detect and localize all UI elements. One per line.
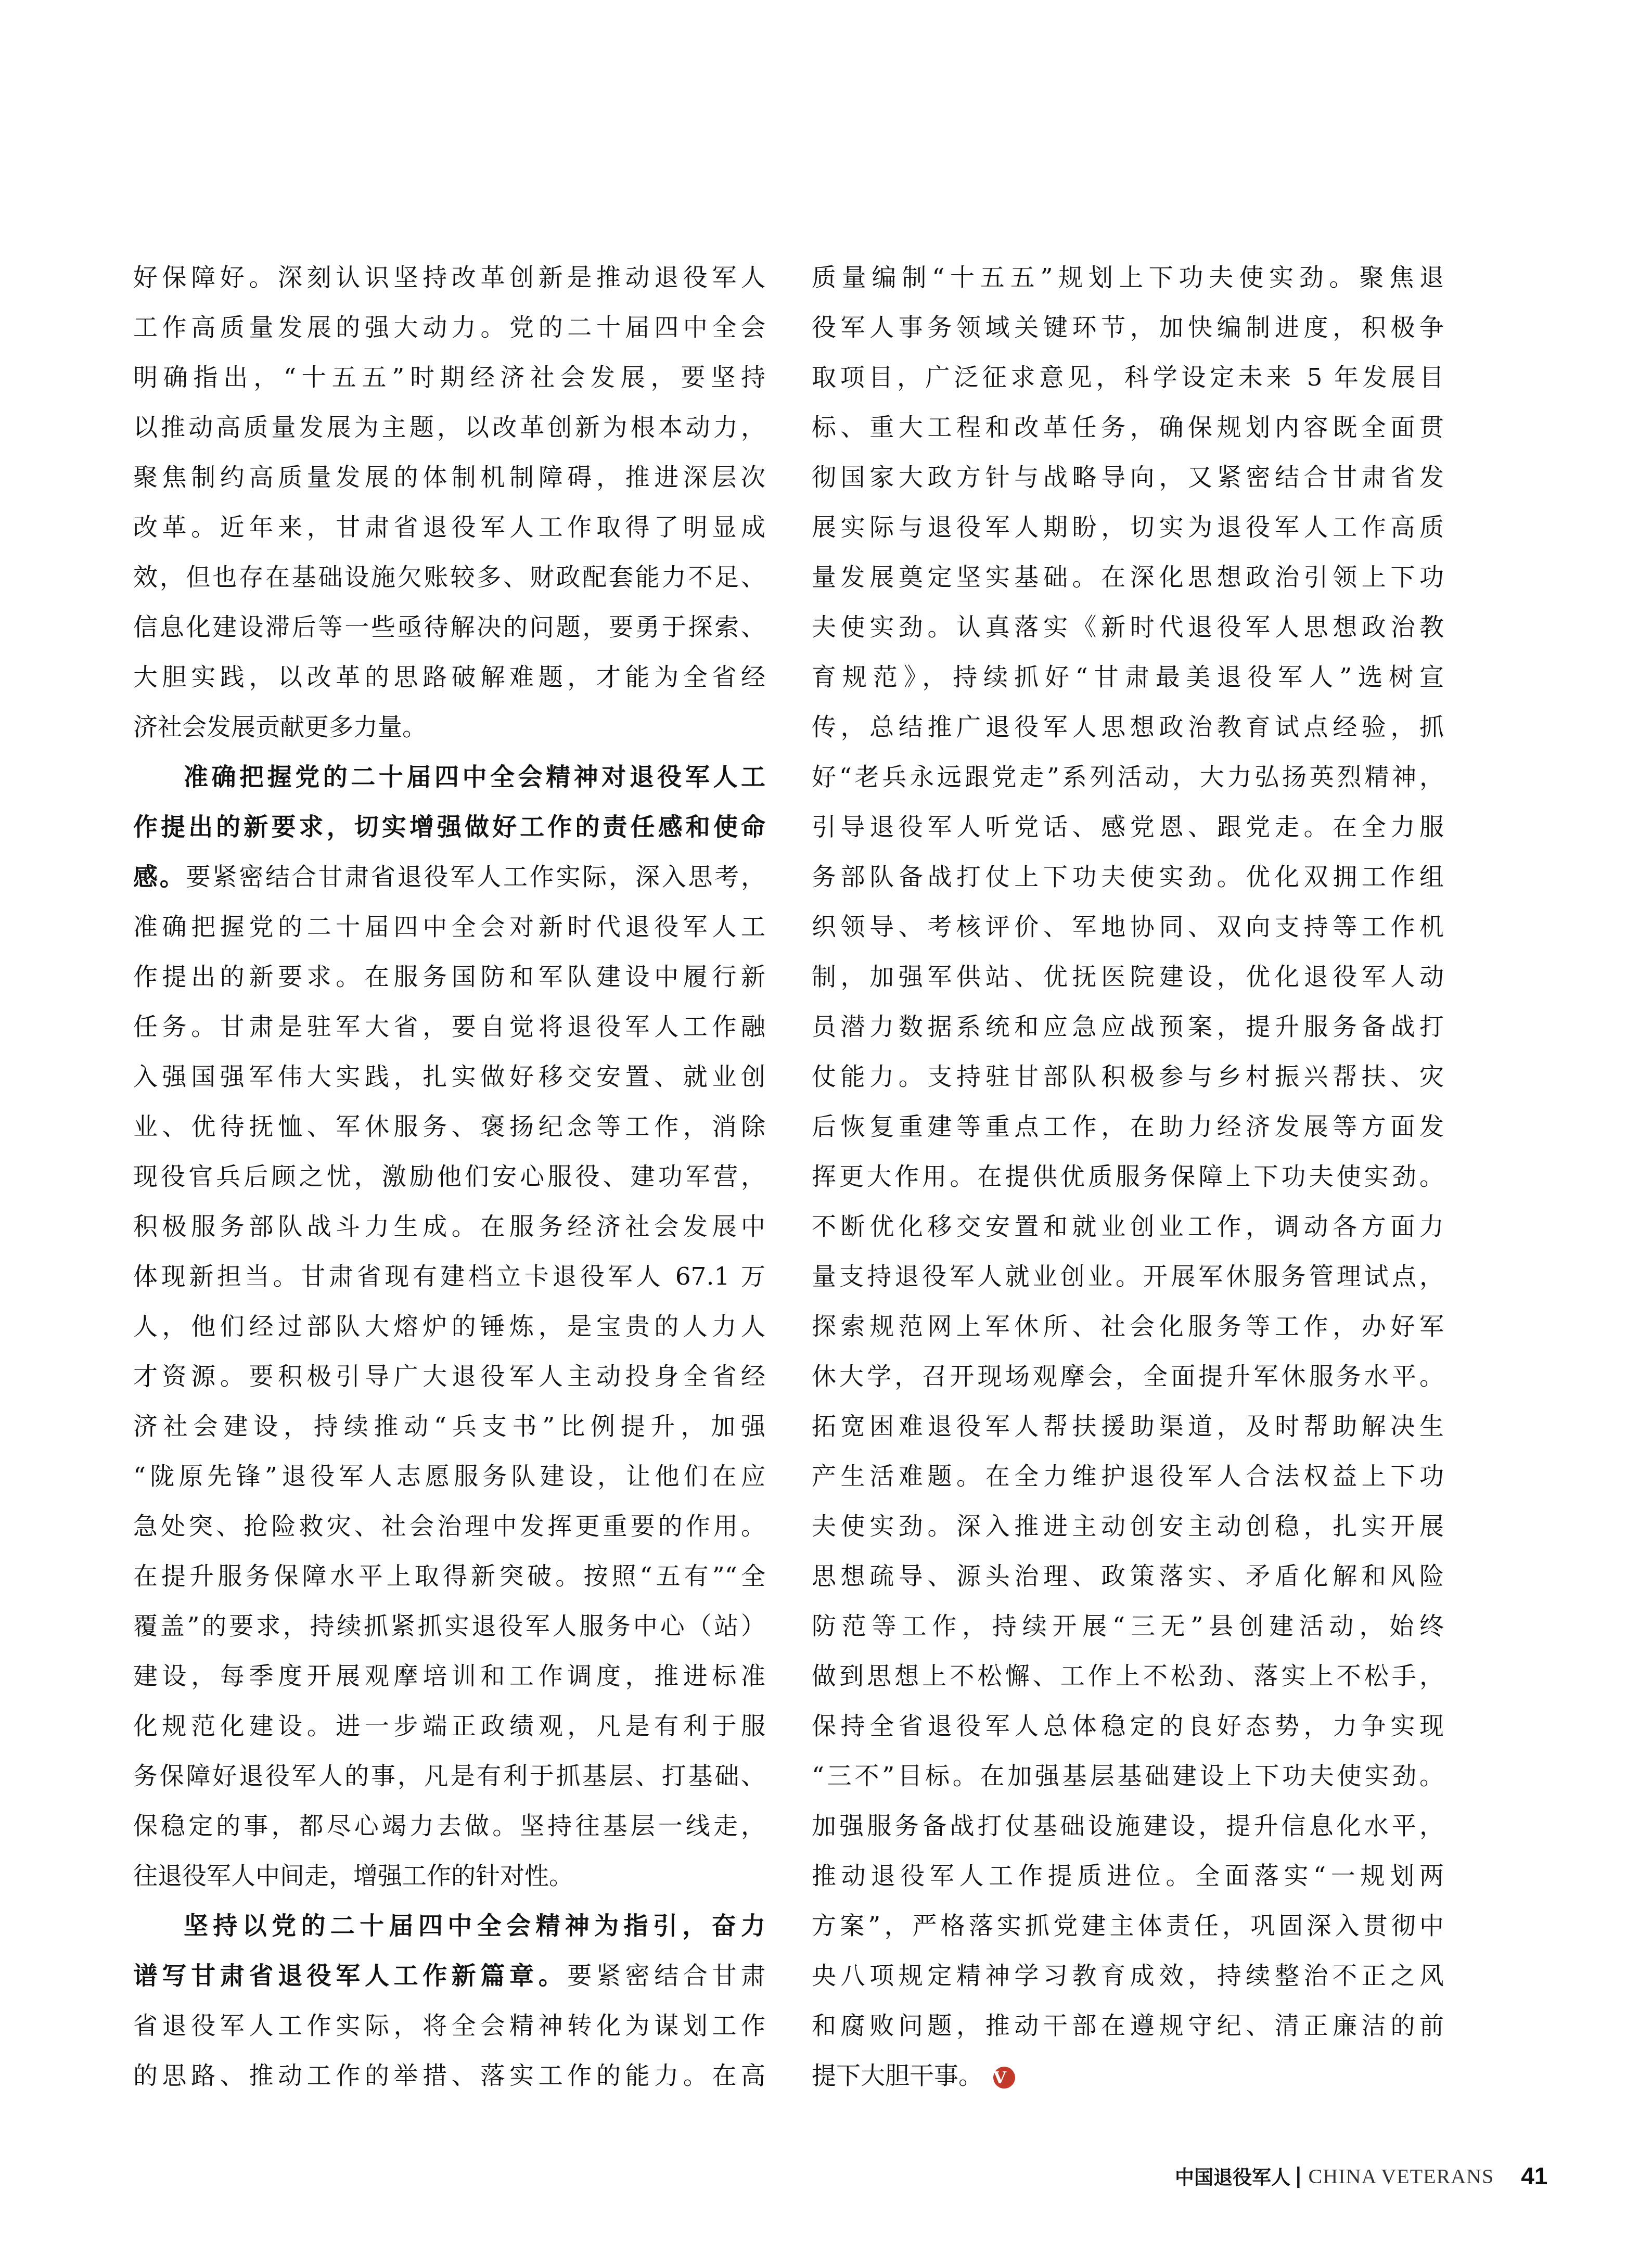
text-line: 提下大胆干事。V [812, 2057, 1444, 2107]
section-heading-text: 感。 [133, 863, 186, 891]
body-text: 传，总结推广退役军人思想政治教育试点经验，抓 [812, 713, 1444, 741]
text-line: 思想疏导、源头治理、政策落实、矛盾化解和风险 [812, 1558, 1444, 1608]
text-line: 休大学，召开现场观摩会，全面提升军休服务水平。 [812, 1358, 1444, 1408]
body-text: 引导退役军人听党话、感党恩、跟党走。在全力服 [812, 813, 1444, 841]
body-text: 信息化建设滞后等一些亟待解决的问题，要勇于探索、 [133, 613, 765, 642]
text-line: 急处突、抢险救灾、社会治理中发挥更重要的作用。 [133, 1508, 765, 1558]
text-line: 准确把握党的二十届四中全会对新时代退役军人工 [133, 908, 765, 958]
body-text: 不断优化移交安置和就业创业工作，调动各方面力 [812, 1212, 1444, 1241]
text-line: 量支持退役军人就业创业。开展军休服务管理试点， [812, 1258, 1444, 1308]
body-text: 大胆实践，以改革的思路破解难题，才能为全省经 [133, 663, 765, 691]
body-text: 济社会建设，持续推动“兵支书”比例提升，加强 [133, 1412, 765, 1441]
text-line: 仗能力。支持驻甘部队积极参与乡村振兴帮扶、灾 [812, 1058, 1444, 1108]
text-line: 以推动高质量发展为主题，以改革创新为根本动力， [133, 409, 765, 459]
body-text: 取项目，广泛征求意见，科学设定未来 5 年发展目 [812, 363, 1444, 392]
body-text: 准确把握党的二十届四中全会对新时代退役军人工 [133, 913, 765, 941]
body-text: 在提升服务保障水平上取得新突破。按照“五有”“全 [133, 1562, 765, 1591]
text-line: 在提升服务保障水平上取得新突破。按照“五有”“全 [133, 1558, 765, 1608]
text-line: 现役官兵后顾之忧，激励他们安心服役、建功军营， [133, 1158, 765, 1208]
body-text: 役军人事务领域关键环节，加快编制进度，积极争 [812, 313, 1444, 342]
body-text: 防范等工作，持续开展“三无”县创建活动，始终 [812, 1612, 1444, 1641]
page-footer: 中国退役军人 | CHINA VETERANS 41 [1175, 2160, 1547, 2192]
section-heading-text: 准确把握党的二十届四中全会精神对退役军人工 [184, 763, 765, 791]
text-line: 济社会建设，持续推动“兵支书”比例提升，加强 [133, 1408, 765, 1458]
body-text: 才资源。要积极引导广大退役军人主动投身全省经 [133, 1362, 765, 1391]
text-line: 彻国家大政方针与战略导向，又紧密结合甘肃省发 [812, 459, 1444, 509]
footer-separator: | [1295, 2164, 1302, 2188]
text-line: 好保障好。深刻认识坚持改革创新是推动退役军人 [133, 259, 765, 309]
text-line: 央八项规定精神学习教育成效，持续整治不正之风 [812, 1957, 1444, 2007]
body-text: “陇原先锋”退役军人志愿服务队建设，让他们在应 [133, 1462, 765, 1491]
body-text: 积极服务部队战斗力生成。在服务经济社会发展中 [133, 1212, 765, 1241]
body-text: 的思路、推动工作的举措、落实工作的能力。在高 [133, 2061, 765, 2090]
body-text: 业、优待抚恤、军休服务、褒扬纪念等工作，消除 [133, 1112, 765, 1141]
text-line: 夫使实劲。认真落实《新时代退役军人思想政治教 [812, 609, 1444, 659]
text-line: 和腐败问题，推动干部在遵规守纪、清正廉洁的前 [812, 2007, 1444, 2057]
text-line: 业、优待抚恤、军休服务、褒扬纪念等工作，消除 [133, 1108, 765, 1158]
text-line: 坚持以党的二十届四中全会精神为指引，奋力 [133, 1907, 765, 1957]
body-text: 保持全省退役军人总体稳定的良好态势，力争实现 [812, 1712, 1444, 1740]
magazine-name-en: CHINA VETERANS [1309, 2164, 1494, 2188]
text-line: 改革。近年来，甘肃省退役军人工作取得了明显成 [133, 509, 765, 559]
article-column-right: 质量编制“十五五”规划上下功夫使实劲。聚焦退役军人事务领域关键环节，加快编制进度… [812, 259, 1444, 2107]
text-line: 往退役军人中间走，增强工作的针对性。 [133, 1857, 765, 1907]
text-line: 覆盖”的要求，持续抓紧抓实退役军人服务中心（站） [133, 1608, 765, 1658]
text-line: 体现新担当。甘肃省现有建档立卡退役军人 67.1 万 [133, 1258, 765, 1308]
section-heading-text: 谱写甘肃省退役军人工作新篇章。 [133, 1962, 567, 1990]
text-line: 作提出的新要求。在服务国防和军队建设中履行新 [133, 958, 765, 1008]
body-text: 明确指出，“十五五”时期经济社会发展，要坚持 [133, 363, 765, 392]
text-line: 夫使实劲。深入推进主动创安主动创稳，扎实开展 [812, 1508, 1444, 1558]
body-text: 量支持退役军人就业创业。开展军休服务管理试点， [812, 1262, 1444, 1291]
text-line: 工作高质量发展的强大动力。党的二十届四中全会 [133, 309, 765, 359]
text-line: 谱写甘肃省退役军人工作新篇章。要紧密结合甘肃 [133, 1957, 765, 2007]
body-text: 展实际与退役军人期盼，切实为退役军人工作高质 [812, 513, 1444, 542]
body-text: 拓宽困难退役军人帮扶援助渠道，及时帮助解决生 [812, 1412, 1444, 1441]
text-line: 标、重大工程和改革任务，确保规划内容既全面贯 [812, 409, 1444, 459]
body-text: 好“老兵永远跟党走”系列活动，大力弘扬英烈精神， [812, 763, 1444, 791]
body-text: 往退役军人中间走，增强工作的针对性。 [133, 1862, 573, 1890]
body-text: 标、重大工程和改革任务，确保规划内容既全面贯 [812, 413, 1444, 442]
text-line: 方案”，严格落实抓党建主体责任，巩固深入贯彻中 [812, 1907, 1444, 1957]
body-text: 要紧密结合甘肃省退役军人工作实际，深入思考， [186, 863, 765, 891]
text-line: 的思路、推动工作的举措、落实工作的能力。在高 [133, 2057, 765, 2107]
body-text: 织领导、考核评价、军地协同、双向支持等工作机 [812, 913, 1444, 941]
body-text: 入强国强军伟大实践，扎实做好移交安置、就业创 [133, 1062, 765, 1091]
body-text: 后恢复重建等重点工作，在助力经济发展等方面发 [812, 1112, 1444, 1141]
body-text: 覆盖”的要求，持续抓紧抓实退役军人服务中心（站） [133, 1612, 765, 1641]
section-heading-text: 坚持以党的二十届四中全会精神为指引，奋力 [184, 1912, 765, 1940]
body-text: 效，但也存在基础设施欠账较多、财政配套能力不足、 [133, 563, 765, 592]
magazine-name-cn: 中国退役军人 [1175, 2162, 1290, 2190]
body-text: 化规范化建设。进一步端正政绩观，凡是有利于服 [133, 1712, 765, 1740]
body-text: 挥更大作用。在提供优质服务保障上下功夫使实劲。 [812, 1162, 1444, 1191]
body-text: 和腐败问题，推动干部在遵规守纪、清正廉洁的前 [812, 2012, 1444, 2040]
body-text: 夫使实劲。深入推进主动创安主动创稳，扎实开展 [812, 1512, 1444, 1541]
body-text: 现役官兵后顾之忧，激励他们安心服役、建功军营， [133, 1162, 765, 1191]
text-line: 作提出的新要求，切实增强做好工作的责任感和使命 [133, 809, 765, 859]
text-line: 取项目，广泛征求意见，科学设定未来 5 年发展目 [812, 359, 1444, 409]
text-line: 展实际与退役军人期盼，切实为退役军人工作高质 [812, 509, 1444, 559]
body-text: 济社会发展贡献更多力量。 [133, 713, 427, 741]
body-text: 以推动高质量发展为主题，以改革创新为根本动力， [133, 413, 765, 442]
body-text: 质量编制“十五五”规划上下功夫使实劲。聚焦退 [812, 263, 1444, 292]
text-line: 保持全省退役军人总体稳定的良好态势，力争实现 [812, 1708, 1444, 1758]
text-line: 育规范》，持续抓好“甘肃最美退役军人”选树宣 [812, 659, 1444, 709]
body-text: 聚焦制约高质量发展的体制机制障碍，推进深层次 [133, 463, 765, 492]
text-line: 做到思想上不松懈、工作上不松劲、落实上不松手， [812, 1658, 1444, 1708]
body-text: 休大学，召开现场观摩会，全面提升军休服务水平。 [812, 1362, 1444, 1391]
body-text: 提下大胆干事。 [812, 2061, 983, 2090]
body-text: 保稳定的事，都尽心竭力去做。坚持往基层一线走， [133, 1812, 765, 1840]
text-line: 务保障好退役军人的事，凡是有利于抓基层、打基础、 [133, 1758, 765, 1808]
text-line: 引导退役军人听党话、感党恩、跟党走。在全力服 [812, 809, 1444, 859]
text-line: 加强服务备战打仗基础设施建设，提升信息化水平， [812, 1808, 1444, 1857]
section-heading-text: 作提出的新要求，切实增强做好工作的责任感和使命 [133, 813, 765, 841]
body-text: 制，加强军供站、优抚医院建设，优化退役军人动 [812, 963, 1444, 991]
text-line: 明确指出，“十五五”时期经济社会发展，要坚持 [133, 359, 765, 409]
body-text: 任务。甘肃是驻军大省，要自觉将退役军人工作融 [133, 1013, 765, 1041]
text-line: 济社会发展贡献更多力量。 [133, 709, 765, 759]
v-end-mark-icon: V [993, 2067, 1015, 2089]
text-line: 后恢复重建等重点工作，在助力经济发展等方面发 [812, 1108, 1444, 1158]
body-text: 务部队备战打仗上下功夫使实劲。优化双拥工作组 [812, 863, 1444, 891]
body-text: 探索规范网上军休所、社会化服务等工作，办好军 [812, 1312, 1444, 1341]
text-line: 效，但也存在基础设施欠账较多、财政配套能力不足、 [133, 559, 765, 609]
text-line: 聚焦制约高质量发展的体制机制障碍，推进深层次 [133, 459, 765, 509]
text-line: 探索规范网上军休所、社会化服务等工作，办好军 [812, 1308, 1444, 1358]
body-text: 人，他们经过部队大熔炉的锤炼，是宝贵的人力人 [133, 1312, 765, 1341]
article-column-left: 好保障好。深刻认识坚持改革创新是推动退役军人工作高质量发展的强大动力。党的二十届… [133, 259, 765, 2107]
text-line: 不断优化移交安置和就业创业工作，调动各方面力 [812, 1208, 1444, 1258]
text-line: 产生活难题。在全力维护退役军人合法权益上下功 [812, 1458, 1444, 1508]
body-text: 省退役军人工作实际，将全会精神转化为谋划工作 [133, 2012, 765, 2040]
text-line: 传，总结推广退役军人思想政治教育试点经验，抓 [812, 709, 1444, 759]
body-text: 方案”，严格落实抓党建主体责任，巩固深入贯彻中 [812, 1912, 1444, 1940]
body-text: 好保障好。深刻认识坚持改革创新是推动退役军人 [133, 263, 765, 292]
text-line: 役军人事务领域关键环节，加快编制进度，积极争 [812, 309, 1444, 359]
text-line: 员潜力数据系统和应急应战预案，提升服务备战打 [812, 1008, 1444, 1058]
text-line: 推动退役军人工作提质进位。全面落实“一规划两 [812, 1857, 1444, 1907]
body-text: “三不”目标。在加强基层基础建设上下功夫使实劲。 [812, 1762, 1444, 1790]
text-line: “陇原先锋”退役军人志愿服务队建设，让他们在应 [133, 1458, 765, 1508]
text-line: 拓宽困难退役军人帮扶援助渠道，及时帮助解决生 [812, 1408, 1444, 1458]
text-line: 任务。甘肃是驻军大省，要自觉将退役军人工作融 [133, 1008, 765, 1058]
page-number: 41 [1521, 2162, 1547, 2190]
text-line: 保稳定的事，都尽心竭力去做。坚持往基层一线走， [133, 1808, 765, 1857]
text-line: 织领导、考核评价、军地协同、双向支持等工作机 [812, 908, 1444, 958]
body-text: 加强服务备战打仗基础设施建设，提升信息化水平， [812, 1812, 1444, 1840]
body-text: 改革。近年来，甘肃省退役军人工作取得了明显成 [133, 513, 765, 542]
body-text: 产生活难题。在全力维护退役军人合法权益上下功 [812, 1462, 1444, 1491]
text-line: “三不”目标。在加强基层基础建设上下功夫使实劲。 [812, 1758, 1444, 1808]
text-line: 省退役军人工作实际，将全会精神转化为谋划工作 [133, 2007, 765, 2057]
body-text: 夫使实劲。认真落实《新时代退役军人思想政治教 [812, 613, 1444, 642]
body-text: 央八项规定精神学习教育成效，持续整治不正之风 [812, 1962, 1444, 1990]
text-line: 制，加强军供站、优抚医院建设，优化退役军人动 [812, 958, 1444, 1008]
text-line: 才资源。要积极引导广大退役军人主动投身全省经 [133, 1358, 765, 1408]
body-text: 要紧密结合甘肃 [567, 1962, 765, 1990]
text-line: 建设，每季度开展观摩培训和工作调度，推进标准 [133, 1658, 765, 1708]
body-text: 建设，每季度开展观摩培训和工作调度，推进标准 [133, 1662, 765, 1690]
text-line: 务部队备战打仗上下功夫使实劲。优化双拥工作组 [812, 859, 1444, 908]
body-text: 思想疏导、源头治理、政策落实、矛盾化解和风险 [812, 1562, 1444, 1591]
text-line: 信息化建设滞后等一些亟待解决的问题，要勇于探索、 [133, 609, 765, 659]
body-text: 做到思想上不松懈、工作上不松劲、落实上不松手， [812, 1662, 1444, 1690]
text-line: 大胆实践，以改革的思路破解难题，才能为全省经 [133, 659, 765, 709]
text-line: 防范等工作，持续开展“三无”县创建活动，始终 [812, 1608, 1444, 1658]
text-line: 入强国强军伟大实践，扎实做好移交安置、就业创 [133, 1058, 765, 1108]
text-line: 积极服务部队战斗力生成。在服务经济社会发展中 [133, 1208, 765, 1258]
body-text: 彻国家大政方针与战略导向，又紧密结合甘肃省发 [812, 463, 1444, 492]
body-text: 务保障好退役军人的事，凡是有利于抓基层、打基础、 [133, 1762, 765, 1790]
text-line: 好“老兵永远跟党走”系列活动，大力弘扬英烈精神， [812, 759, 1444, 809]
body-text: 工作高质量发展的强大动力。党的二十届四中全会 [133, 313, 765, 342]
body-text: 推动退役军人工作提质进位。全面落实“一规划两 [812, 1862, 1444, 1890]
body-text: 体现新担当。甘肃省现有建档立卡退役军人 67.1 万 [133, 1262, 765, 1291]
text-line: 化规范化建设。进一步端正政绩观，凡是有利于服 [133, 1708, 765, 1758]
text-line: 准确把握党的二十届四中全会精神对退役军人工 [133, 759, 765, 809]
body-text: 急处突、抢险救灾、社会治理中发挥更重要的作用。 [133, 1512, 765, 1541]
text-line: 量发展奠定坚实基础。在深化思想政治引领上下功 [812, 559, 1444, 609]
text-line: 质量编制“十五五”规划上下功夫使实劲。聚焦退 [812, 259, 1444, 309]
text-line: 挥更大作用。在提供优质服务保障上下功夫使实劲。 [812, 1158, 1444, 1208]
body-text: 员潜力数据系统和应急应战预案，提升服务备战打 [812, 1013, 1444, 1041]
body-text: 育规范》，持续抓好“甘肃最美退役军人”选树宣 [812, 663, 1444, 691]
body-text: 仗能力。支持驻甘部队积极参与乡村振兴帮扶、灾 [812, 1062, 1444, 1091]
body-text: 量发展奠定坚实基础。在深化思想政治引领上下功 [812, 563, 1444, 592]
text-line: 人，他们经过部队大熔炉的锤炼，是宝贵的人力人 [133, 1308, 765, 1358]
text-line: 感。要紧密结合甘肃省退役军人工作实际，深入思考， [133, 859, 765, 908]
body-text: 作提出的新要求。在服务国防和军队建设中履行新 [133, 963, 765, 991]
